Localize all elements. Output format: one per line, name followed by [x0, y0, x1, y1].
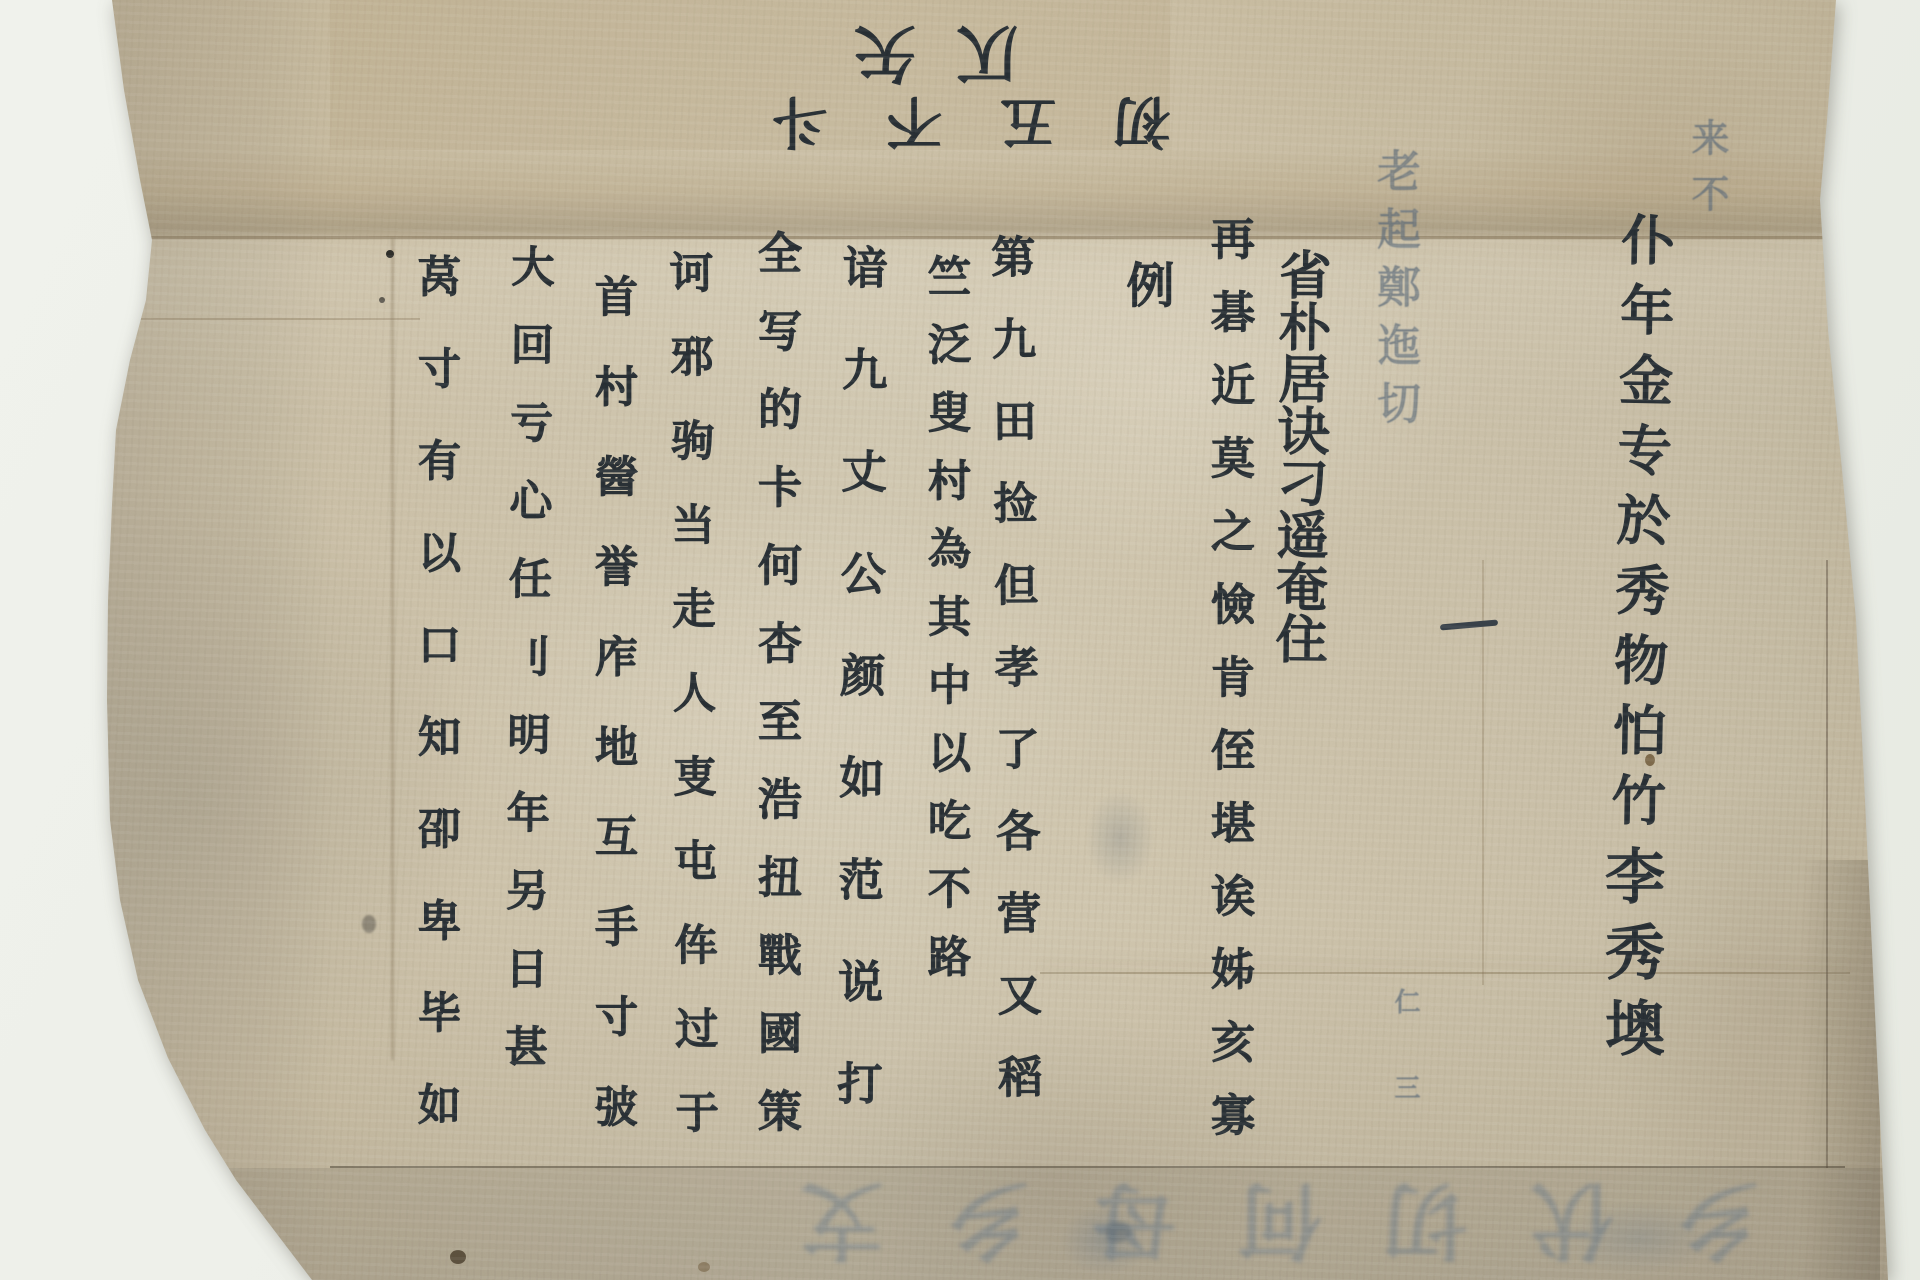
ink-column-5: 竺泛叟村為其中以吃不路	[924, 254, 967, 1002]
paper-tone-shading	[0, 0, 1920, 1280]
ink-column-11: 莴寸有以口知卲卑毕如	[414, 254, 457, 1174]
crease-line-left-short	[108, 318, 420, 320]
column-8-text: 诃邪驹当走人叓屯伡过于	[663, 250, 719, 1174]
ink-column-8: 诃邪驹当走人叓屯伡过于	[666, 250, 715, 1174]
manuscript-paper: 老起鄭迤切 来不 仁三 乡伏切何母乡支 仄矢 初五不斗 省朴居诀刁遥奄住 再碁近…	[0, 0, 1920, 1280]
stain-spot	[1105, 1222, 1131, 1242]
bleed-bottom-text: 乡伏切何母乡支	[738, 1171, 1760, 1269]
bleed-through-bottom-row: 乡伏切何母乡支	[430, 1178, 1760, 1262]
column-3-text: 例	[1118, 260, 1174, 308]
sender-column: 仆年金专於秀物怕竹	[1607, 212, 1672, 843]
ink-column-10: 大回亏心任刂明年另日甚	[500, 244, 550, 1102]
fold-crease-line-right	[1040, 972, 1850, 974]
inverted-line-1-text: 仄矢	[814, 17, 1018, 90]
inverted-address-line-1: 仄矢	[818, 22, 1018, 84]
bleed-through-marks-mid: 仁三	[1392, 988, 1418, 1160]
ink-column-7: 全写的卡何杏至浩扭戰國策	[753, 230, 797, 1166]
paper-texture-noise	[0, 0, 1920, 1280]
bleed-blot	[1560, 1200, 1720, 1275]
bleed-through-column-top: 老起鄭迤切	[1372, 148, 1416, 438]
signature-column: 李秀墺	[1600, 845, 1660, 1073]
ink-column-6: 谙九丈公颜如范说打	[833, 244, 884, 1162]
signature-text: 李秀墺	[1595, 845, 1665, 1073]
paper-wrapper: 老起鄭迤切 来不 仁三 乡伏切何母乡支 仄矢 初五不斗 省朴居诀刁遥奄住 再碁近…	[0, 0, 1920, 1280]
column-6-text: 谙九丈公颜如范说打	[829, 244, 888, 1162]
column-11-text: 莴寸有以口知卲卑毕如	[411, 254, 461, 1174]
column-10-text: 大回亏心任刂明年另日甚	[497, 244, 554, 1102]
bleed-top-text: 老起鄭迤切	[1369, 148, 1420, 438]
ink-column-9: 首村醟誉㡸地互手寸㢰	[591, 274, 634, 1174]
ink-column-2: 再碁近莫之憸肯侄堪诶姊亥寡	[1206, 216, 1250, 1165]
inverted-address-line-2: 初五不斗	[690, 92, 1170, 148]
fold-crease-band-top	[110, 148, 1840, 240]
stain-spot	[450, 1250, 466, 1264]
brush-dash-mark	[1440, 619, 1498, 630]
ink-blot	[379, 297, 385, 303]
column-7-text: 全写的卡何杏至浩扭戰國策	[750, 230, 801, 1166]
column-5-text: 竺泛叟村為其中以吃不路	[921, 254, 971, 1002]
bleed-blot	[1085, 790, 1155, 885]
bottom-band-shading	[100, 1168, 1890, 1280]
block-bottom-rule-line	[330, 1166, 1845, 1168]
stain-spot	[698, 1262, 710, 1272]
vertical-crease-mid-right	[1482, 560, 1484, 985]
bleed-blot	[1060, 1205, 1150, 1275]
stain-spot	[362, 915, 376, 933]
ink-column-1: 省朴居诀刁遥奄住	[1270, 248, 1326, 665]
vertical-crease-left	[391, 238, 394, 1060]
right-edge-shadow	[1800, 860, 1880, 1280]
ink-column-4: 第九田捡但孝了各营又稻	[986, 234, 1038, 1136]
top-band-shading	[330, 0, 1170, 150]
ink-column-3: 例	[1122, 260, 1170, 308]
column-4-text: 第九田捡但孝了各营又稻	[983, 234, 1042, 1136]
photo-backdrop: 老起鄭迤切 来不 仁三 乡伏切何母乡支 仄矢 初五不斗 省朴居诀刁遥奄住 再碁近…	[0, 0, 1920, 1280]
column-2-text: 再碁近莫之憸肯侄堪诶姊亥寡	[1203, 216, 1254, 1165]
bleed-through-marks-top-right: 来不	[1688, 118, 1726, 230]
vertical-rule-line-right	[1826, 560, 1828, 1168]
bleed-mid-text: 仁三	[1390, 988, 1420, 1160]
column-1-text: 省朴居诀刁遥奄住	[1266, 248, 1330, 665]
inverted-line-2-text: 初五不斗	[714, 88, 1170, 153]
fold-crease-line-top	[140, 236, 1840, 239]
stain-spot	[1645, 754, 1655, 766]
sender-column-text: 仆年金专於秀物怕竹	[1603, 212, 1677, 843]
column-9-text: 首村醟誉㡸地互手寸㢰	[588, 274, 638, 1174]
ink-blot	[386, 250, 394, 258]
bleed-topright-text: 来不	[1685, 118, 1729, 230]
left-fold-zone-shading	[100, 0, 330, 1280]
